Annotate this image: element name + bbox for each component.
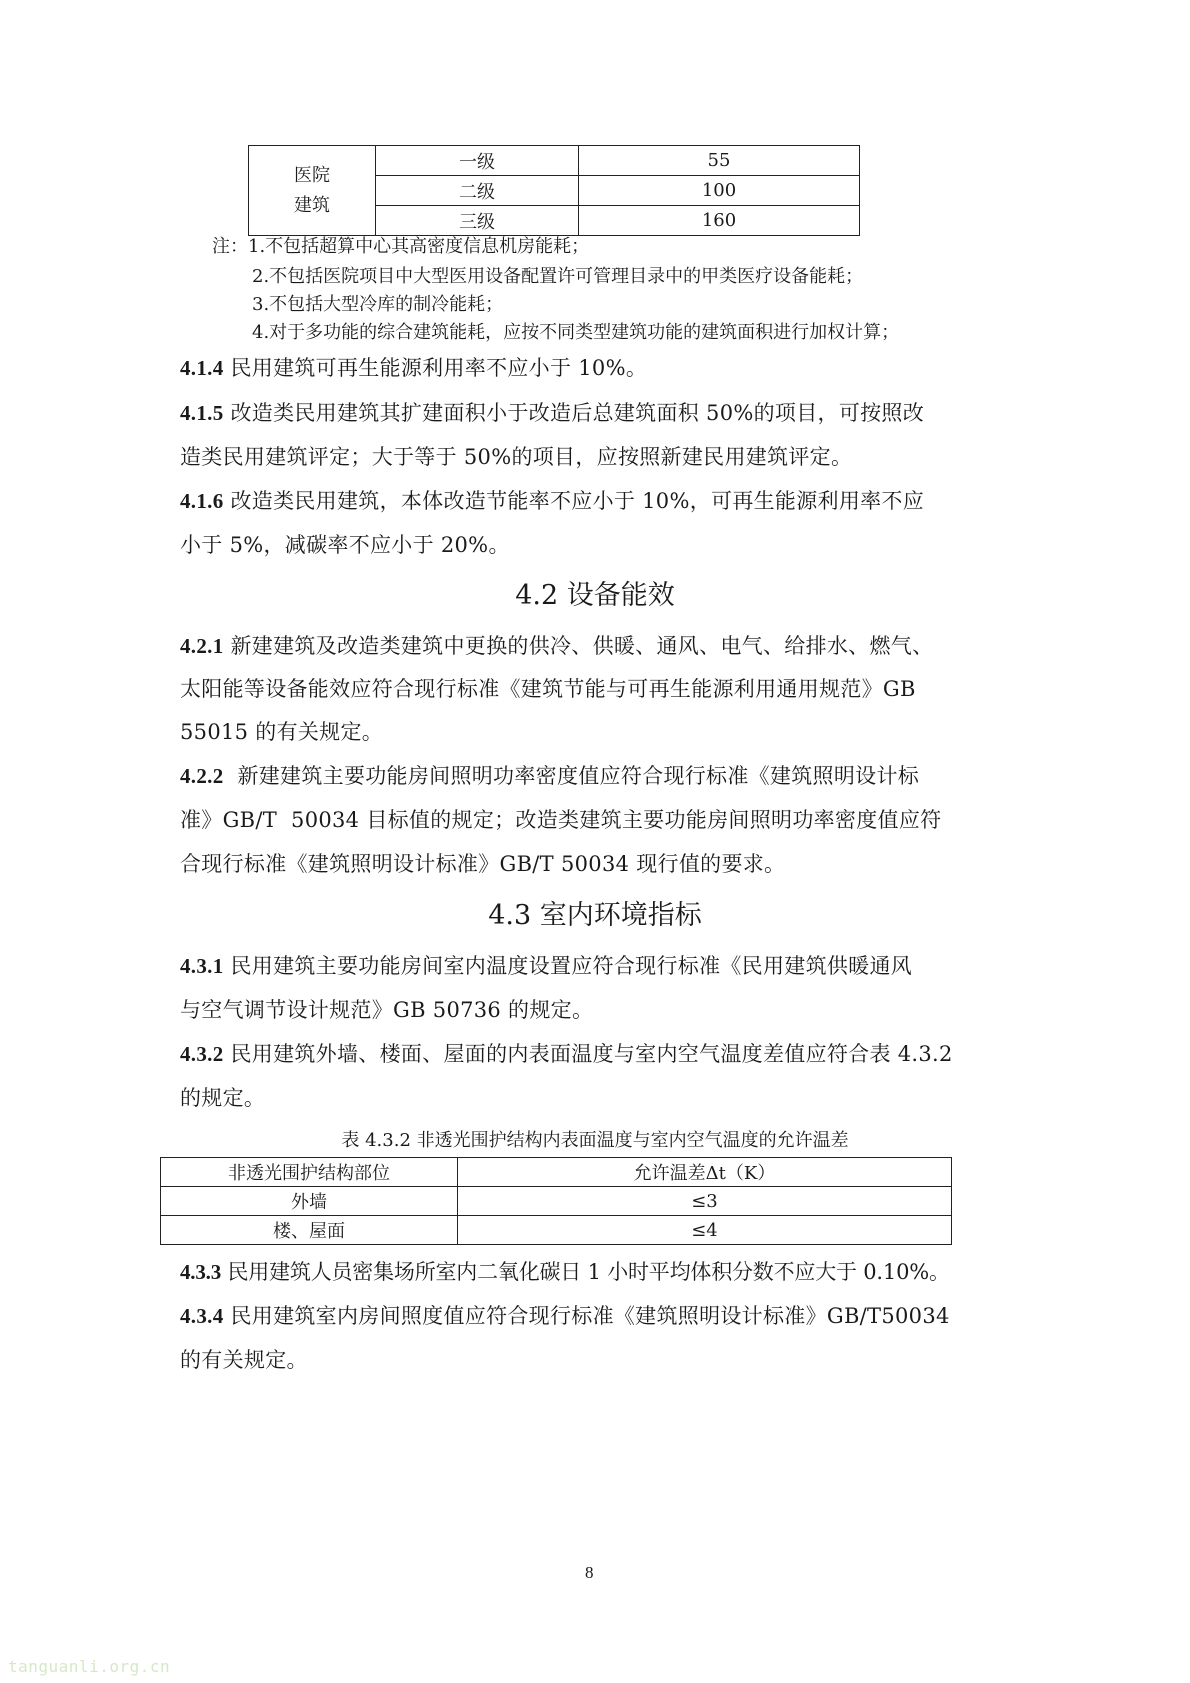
clause-number: 4.1.4 [180,356,224,380]
note-item: 3.不包括大型冷库的制冷能耗； [252,290,503,316]
clause-text: 民用建筑人员密集场所室内二氧化碳日 1 小时平均体积分数不应大于 0.10%。 [221,1260,950,1284]
clause-number: 4.2.1 [180,634,224,658]
clause-text: 准》GB/T 50034 目标值的规定；改造类建筑主要功能房间照明功率密度值应符 [180,804,941,834]
clause-text: 改造类民用建筑，本体改造节能率不应小于 10%，可再生能源利用率不应 [224,489,925,513]
table-cell: 楼、屋面 [161,1216,458,1245]
clause-text: 民用建筑主要功能房间室内温度设置应符合现行标准《民用建筑供暖通风 [224,954,913,978]
clause-4-3-4: 4.3.4 民用建筑室内房间照度值应符合现行标准《建筑照明设计标准》GB/T50… [180,1300,950,1330]
clause-text: 的有关规定。 [180,1344,308,1374]
clause-text: 新建建筑主要功能房间照明功率密度值应符合现行标准《建筑照明设计标 [224,764,920,788]
note-item: 2.不包括医院项目中大型医用设备配置许可管理目录中的甲类医疗设备能耗； [252,262,863,288]
section-heading-4-2: 4.2 设备能效 [0,573,1190,612]
clause-4-3-3: 4.3.3 民用建筑人员密集场所室内二氧化碳日 1 小时平均体积分数不应大于 0… [180,1256,950,1286]
value-cell: 55 [579,146,860,176]
table-row: 楼、屋面 ≤4 [161,1216,952,1245]
table-cell: ≤4 [458,1216,952,1245]
clause-4-2-1: 4.2.1 新建建筑及改造类建筑中更换的供冷、供暖、通风、电气、给排水、燃气、 [180,630,933,660]
note-item: 1.不包括超算中心其高密度信息机房能耗； [248,236,589,257]
clause-number: 4.1.5 [180,401,224,425]
energy-limit-table: 医院 建筑 一级 55 二级 100 三级 160 [248,145,860,236]
table-caption: 表 4.3.2 非透光围护结构内表面温度与室内空气温度的允许温差 [0,1126,1190,1152]
clause-text: 改造类民用建筑其扩建面积小于改造后总建筑面积 50%的项目，可按照改 [224,401,925,425]
clause-text: 造类民用建筑评定；大于等于 50%的项目，应按照新建民用建筑评定。 [180,441,852,471]
level-cell: 二级 [376,176,579,206]
clause-text: 太阳能等设备能效应符合现行标准《建筑节能与可再生能源利用通用规范》GB [180,673,916,703]
watermark: tanguanli.org.cn [8,1657,170,1676]
clause-text: 小于 5%，减碳率不应小于 20%。 [180,529,510,559]
value-cell: 160 [579,206,860,236]
clause-number: 4.3.1 [180,954,224,978]
table-cell: 外墙 [161,1187,458,1216]
table-header-cell: 非透光围护结构部位 [161,1158,458,1187]
table-category-cell: 医院 建筑 [249,146,376,236]
clause-4-3-2: 4.3.2 民用建筑外墙、楼面、屋面的内表面温度与室内空气温度差值应符合表 4.… [180,1038,953,1068]
clause-text: 合现行标准《建筑照明设计标准》GB/T 50034 现行值的要求。 [180,848,785,878]
clause-4-1-4: 4.1.4 民用建筑可再生能源利用率不应小于 10%。 [180,352,647,382]
page-number: 8 [585,1563,594,1583]
table-row: 外墙 ≤3 [161,1187,952,1216]
clause-4-3-1: 4.3.1 民用建筑主要功能房间室内温度设置应符合现行标准《民用建筑供暖通风 [180,950,912,980]
note-prefix: 注： [212,236,248,257]
clause-number: 4.3.2 [180,1042,224,1066]
section-heading-4-3: 4.3 室内环境指标 [0,893,1190,932]
value-cell: 100 [579,176,860,206]
category-line: 建筑 [249,191,375,221]
table-header-cell: 允许温差Δt（K） [458,1158,952,1187]
clause-number: 4.1.6 [180,489,224,513]
clause-text: 民用建筑室内房间照度值应符合现行标准《建筑照明设计标准》GB/T50034 [224,1304,950,1328]
clause-4-1-5: 4.1.5 改造类民用建筑其扩建面积小于改造后总建筑面积 50%的项目，可按照改 [180,397,924,427]
category-line: 医院 [249,161,375,191]
clause-number: 4.3.4 [180,1304,224,1328]
level-cell: 三级 [376,206,579,236]
level-cell: 一级 [376,146,579,176]
table-cell: ≤3 [458,1187,952,1216]
clause-text: 新建建筑及改造类建筑中更换的供冷、供暖、通风、电气、给排水、燃气、 [224,634,934,658]
clause-number: 4.2.2 [180,764,224,788]
note-item: 4.对于多功能的综合建筑能耗，应按不同类型建筑功能的建筑面积进行加权计算； [252,318,899,344]
allowable-temperature-table: 非透光围护结构部位 允许温差Δt（K） 外墙 ≤3 楼、屋面 ≤4 [160,1157,952,1245]
clause-4-1-6: 4.1.6 改造类民用建筑，本体改造节能率不应小于 10%，可再生能源利用率不应 [180,485,924,515]
note-line: 注：1.不包括超算中心其高密度信息机房能耗； [212,232,589,258]
clause-text: 民用建筑可再生能源利用率不应小于 10%。 [224,356,648,380]
clause-text: 与空气调节设计规范》GB 50736 的规定。 [180,994,593,1024]
clause-number: 4.3.3 [180,1260,221,1284]
clause-text: 民用建筑外墙、楼面、屋面的内表面温度与室内空气温度差值应符合表 4.3.2 [224,1042,953,1066]
clause-4-2-2: 4.2.2 新建建筑主要功能房间照明功率密度值应符合现行标准《建筑照明设计标 [180,760,919,790]
clause-text: 的规定。 [180,1082,265,1112]
clause-text: 55015 的有关规定。 [180,716,383,746]
